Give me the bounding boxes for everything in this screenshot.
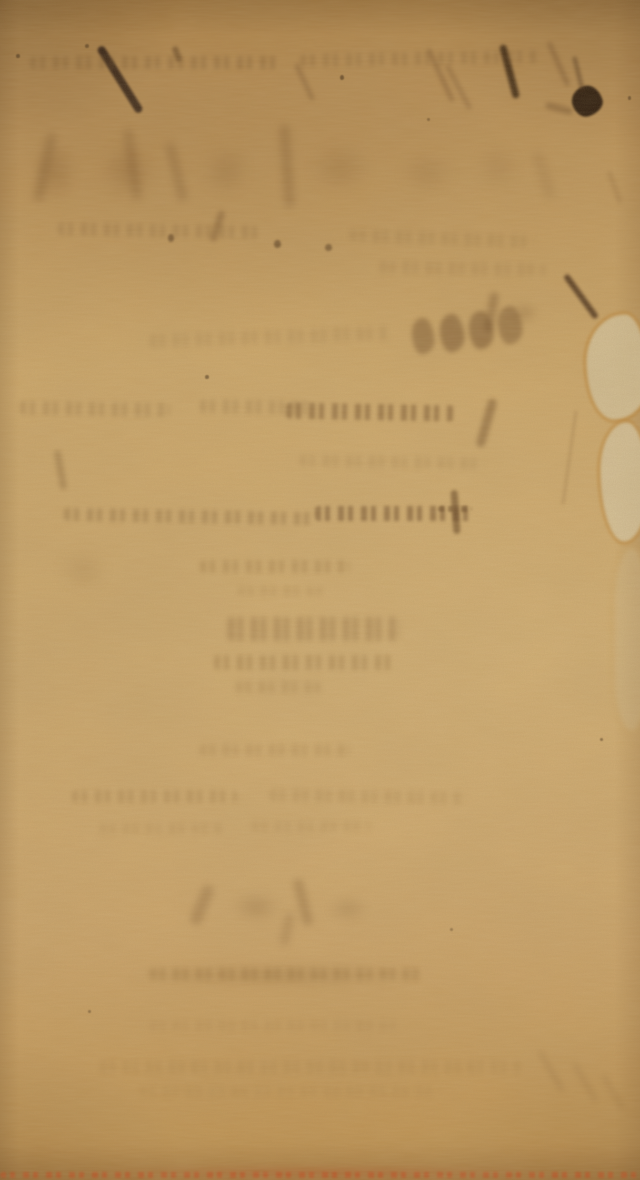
ghost-print-line: [200, 744, 350, 756]
scanned-page: [0, 0, 640, 1180]
paper-smudge: [52, 545, 114, 593]
bleed-line: [64, 508, 314, 525]
edge-stain-lower: [598, 420, 640, 544]
ink-dot: [325, 244, 332, 251]
bleed-line: [300, 454, 485, 469]
ghost-signature: [225, 888, 287, 926]
bottom-edge-red-fringe: [0, 1172, 640, 1178]
speck: [450, 928, 453, 931]
ghost-script: [279, 124, 295, 208]
ghost-curl: [484, 292, 500, 333]
faint-stroke: [546, 41, 570, 87]
bleed-line: [380, 261, 545, 277]
ghost-script: [532, 150, 555, 200]
edge-stain-strip: [612, 545, 640, 734]
ghost-signature: [189, 883, 216, 926]
ink-dot: [274, 240, 281, 248]
bleed-line: [58, 222, 258, 238]
speck: [88, 1010, 91, 1013]
ghost-print-bold: [228, 617, 400, 641]
ghost-script: [165, 142, 188, 202]
ghost-print-line: [150, 1020, 400, 1031]
ink-stroke-right-mid: [563, 273, 599, 319]
bleed-line-dark: [286, 403, 454, 422]
speck: [205, 375, 209, 379]
bleed-line: [350, 229, 535, 248]
bleed-line: [30, 56, 280, 69]
speck: [85, 44, 89, 48]
speck: [427, 118, 430, 121]
faint-stroke: [571, 1061, 598, 1102]
faint-scratch: [606, 170, 622, 204]
ghost-word: [505, 298, 543, 328]
ghost-print-line: [100, 823, 225, 834]
smudge-band-core: [150, 968, 425, 980]
ghost-signature: [322, 893, 374, 925]
ghost-print-line: [214, 655, 392, 670]
ghost-print-line: [236, 681, 328, 693]
ghost-print-line: [200, 560, 350, 573]
ink-blob-right: [568, 82, 606, 120]
mirrored-digit: [410, 317, 436, 355]
faint-scratch: [561, 410, 577, 504]
faint-stroke: [600, 1073, 625, 1111]
ghost-print-line: [252, 821, 370, 832]
speck: [340, 75, 344, 80]
bleed-line: [20, 401, 170, 418]
ghost-print-line: [100, 1060, 520, 1074]
faint-stroke: [294, 63, 315, 101]
bleed-line-dark: [315, 506, 475, 521]
ghost-print-line: [72, 790, 237, 803]
ghost-script: [470, 138, 525, 196]
bleed-line: [150, 326, 390, 348]
speck: [16, 54, 20, 58]
ghost-print-line: [140, 1086, 440, 1097]
mirrored-digit: [438, 313, 466, 353]
ink-blob-tail: [572, 56, 586, 92]
ink-marks-layer: [0, 0, 640, 1180]
speck: [600, 738, 603, 741]
edge-stain-upper: [584, 312, 640, 422]
ghost-print-line: [270, 788, 465, 804]
ink-blob-drip: [545, 101, 574, 115]
ghost-signature: [292, 878, 313, 927]
speck: [628, 96, 631, 100]
bleed-curl: [54, 450, 68, 491]
bleed-curl: [475, 398, 497, 449]
ghost-script: [196, 138, 256, 204]
ghost-print-line: [238, 586, 323, 596]
ghost-script: [300, 135, 380, 200]
ghost-script: [392, 145, 462, 200]
faint-stroke: [537, 1050, 565, 1093]
ink-dot: [168, 234, 174, 242]
